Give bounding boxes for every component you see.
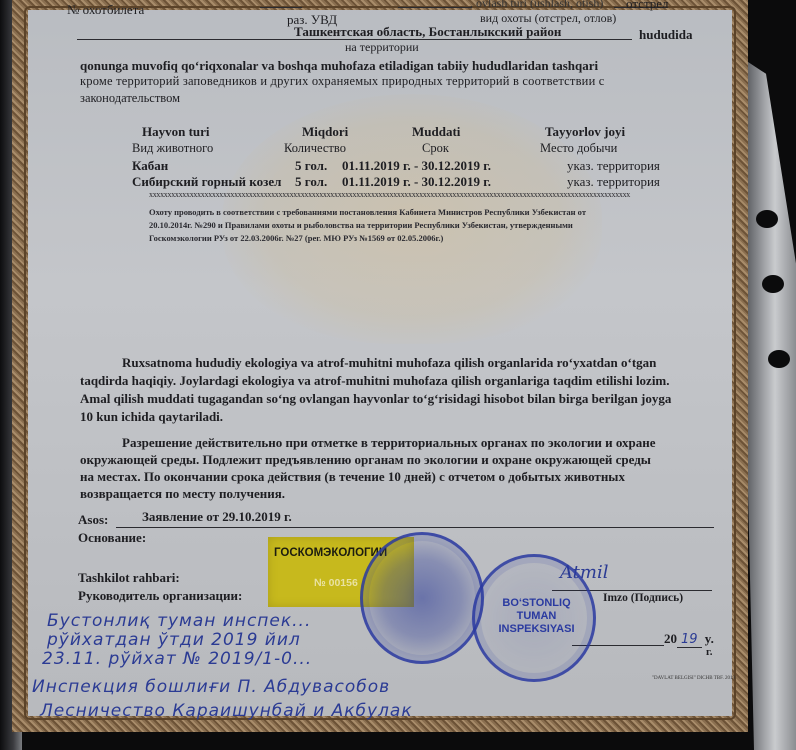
ticket-number-label: № охотбилета	[67, 2, 144, 18]
table-row-quantity: 5 гол.	[295, 158, 327, 174]
year-label-ru: г.	[706, 646, 713, 658]
stamp-center-text: BO‘STONLIQ TUMAN INSPEKSIYASI	[489, 597, 584, 636]
validity-uz-line: Ruxsatnoma hududiy ekologiya va atrof-mu…	[122, 355, 656, 371]
region-label: на территории	[345, 40, 419, 55]
handwritten-note-line: Инспекция бошлиғи П. Абдувасобов	[32, 677, 390, 697]
signature-label: Imzo (Подпись)	[603, 592, 683, 604]
fill-line	[398, 7, 472, 8]
basis-label-uz: Asos:	[78, 512, 108, 528]
col-header-animal-uz: Hayvon turi	[142, 124, 210, 140]
sticker-title: ГОСКОМЭКОЛОГИИ	[274, 547, 387, 559]
inspection-stamp: BO‘STONLIQ TUMAN INSPEKSIYASI	[472, 554, 596, 682]
col-header-quantity-uz: Miqdori	[302, 124, 348, 140]
emblem-stamp	[360, 532, 484, 664]
table-row-period: 01.11.2019 г. - 30.12.2019 г.	[342, 174, 491, 190]
table-row-place: указ. территория	[567, 174, 660, 190]
validity-ru-line: Разрешение действительно при отметке в т…	[122, 435, 656, 451]
hunting-permit-document: № охотбилета раз. УВД , ovlash turi (ush…	[12, 0, 748, 732]
head-label-uz: Tashkilot rahbari:	[78, 570, 180, 586]
handwritten-note-line: 23.11. рўйхат № 2019/1-0...	[42, 649, 312, 669]
region-suffix: hududida	[639, 27, 693, 43]
table-separator: xxxxxxxxxxxxxxxxxxxxxxxxxxxxxxxxxxxxxxxx…	[149, 190, 630, 199]
fill-line	[260, 7, 302, 8]
col-header-place-uz: Tayyorlov joyi	[545, 124, 625, 140]
plastic-sleeve	[742, 60, 796, 750]
basis-label-ru: Основание:	[78, 530, 146, 546]
scope-text-ru-2: законодательством	[80, 91, 180, 106]
table-row-animal: Сибирский горный козел	[132, 174, 281, 190]
handwritten-note-line: Лесничество Караишунбай и Акбулак	[40, 701, 413, 721]
legal-note-line: 20.10.2014г. №290 и Правилами охоты и ры…	[149, 220, 573, 230]
validity-ru-line: возвращается по месту получения.	[80, 486, 285, 502]
hunt-kind-label-uz: , ovlash turi (ushlash, otish)	[470, 0, 603, 11]
basis-fill-line	[116, 527, 714, 528]
sleeve-hole	[768, 350, 790, 368]
scope-text-uz: qonunga muvofiq qo‘riqxonalar va boshqa …	[80, 58, 598, 74]
year-suffix: 19	[677, 632, 702, 648]
sticker-number: № 00156	[314, 577, 358, 589]
table-row-place: указ. территория	[567, 158, 660, 174]
validity-ru-line: на местах. По окончании срока действия (…	[80, 469, 625, 485]
table-row-quantity: 5 гол.	[295, 174, 327, 190]
head-label-ru: Руководитель организации:	[78, 588, 242, 604]
hunt-kind-value: отстрел	[626, 0, 669, 12]
validity-ru-line: окружающей среды. Подлежит предъявлению …	[80, 452, 651, 468]
validity-uz-line: Amal qilish muddati tugagandan so‘ng ovl…	[80, 391, 671, 407]
legal-note-line: Охоту проводить в соответствии с требова…	[149, 207, 586, 217]
scope-text-ru-1: кроме территорий заповедников и других о…	[80, 74, 605, 89]
col-header-place-ru: Место добычи	[540, 141, 617, 156]
sleeve-hole	[756, 210, 778, 228]
legal-note-line: Госкомэкологии РУз от 22.03.2006г. №27 (…	[149, 233, 443, 243]
validity-uz-line: 10 kun ichida qaytariladi.	[80, 409, 223, 425]
table-row-period: 01.11.2019 г. - 30.12.2019 г.	[342, 158, 491, 174]
handwritten-note-line: Бустонлиқ туман инспек...	[47, 611, 311, 631]
col-header-quantity-ru: Количество	[284, 141, 346, 156]
handwritten-note-line: рўйхатдан ўтди 2019 йил	[47, 630, 301, 650]
printer-note: "DAVLAT BELGISI" DICHB TBF. 2019	[652, 676, 735, 681]
col-header-period-ru: Срок	[422, 141, 449, 156]
validity-uz-line: taqdirda haqiqiy. Joylardagi ekologiya v…	[80, 373, 670, 389]
table-row-animal: Кабан	[132, 158, 168, 174]
year-field: 2019 y.	[664, 631, 714, 647]
region-value: Ташкентская область, Бостанлыкский район	[294, 24, 561, 40]
col-header-animal-ru: Вид животного	[132, 141, 213, 156]
year-label: y.	[705, 631, 714, 646]
basis-value: Заявление от 29.10.2019 г.	[142, 509, 292, 525]
col-header-period-uz: Muddati	[412, 124, 460, 140]
year-prefix: 20	[664, 631, 677, 646]
sleeve-hole	[762, 275, 784, 293]
